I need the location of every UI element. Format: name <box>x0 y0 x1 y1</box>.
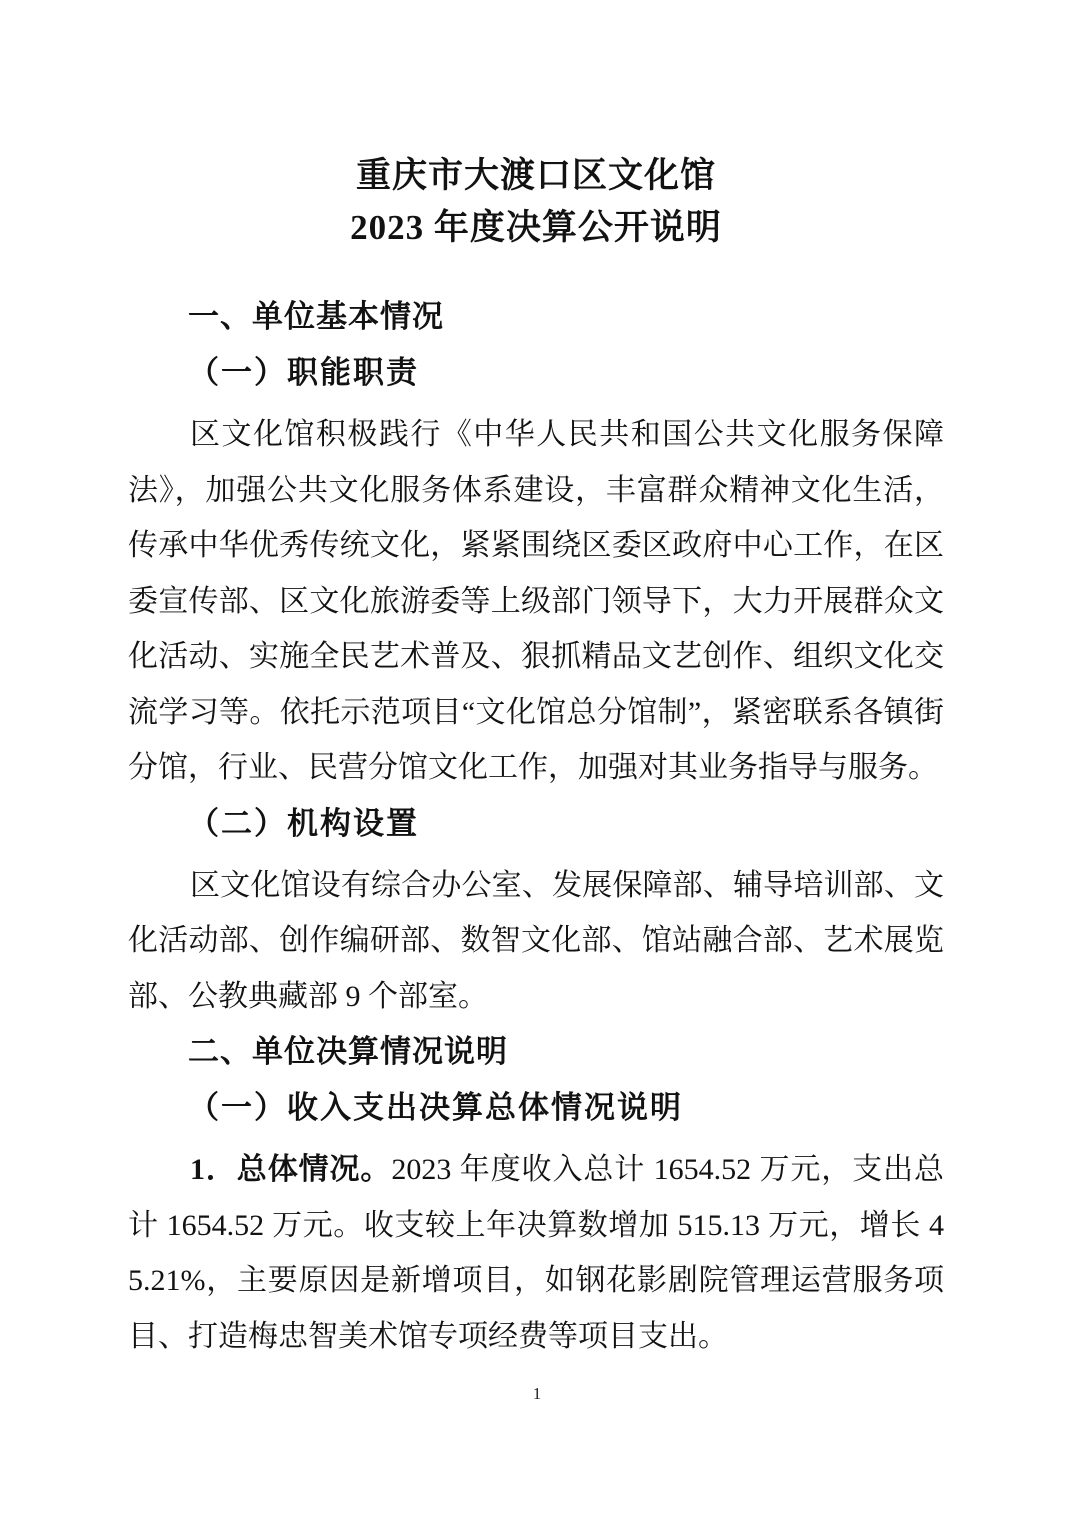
document-title: 重庆市大渡口区文化馆 2023 年度决算公开说明 <box>128 150 944 254</box>
paragraph-overview: 1．总体情况。2023 年度收入总计 1654.52 万元，支出总计 1654.… <box>128 1142 944 1364</box>
title-line-2: 2023 年度决算公开说明 <box>128 202 944 254</box>
section-heading-final-accounts: 二、单位决算情况说明 <box>128 1024 944 1080</box>
subsection-heading-functions: （一）职能职责 <box>128 345 944 401</box>
paragraph-functions: 区文化馆积极践行《中华人民共和国公共文化服务保障法》，加强公共文化服务体系建设，… <box>128 407 944 796</box>
page-footer: 1 <box>0 1383 1074 1405</box>
paragraph-overview-lead: 1．总体情况。 <box>190 1153 391 1186</box>
page-number: 1 <box>533 1384 542 1403</box>
subsection-heading-organization: （二）机构设置 <box>128 796 944 852</box>
paragraph-departments: 区文化馆设有综合办公室、发展保障部、辅导培训部、文化活动部、创作编研部、数智文化… <box>128 858 944 1025</box>
subsection-heading-income-expenditure: （一）收入支出决算总体情况说明 <box>128 1080 944 1136</box>
section-heading-basic-info: 一、单位基本情况 <box>128 289 944 345</box>
document-page: 重庆市大渡口区文化馆 2023 年度决算公开说明 一、单位基本情况 （一）职能职… <box>0 0 1074 1520</box>
title-line-1: 重庆市大渡口区文化馆 <box>128 150 944 202</box>
title-spacer <box>128 254 944 289</box>
